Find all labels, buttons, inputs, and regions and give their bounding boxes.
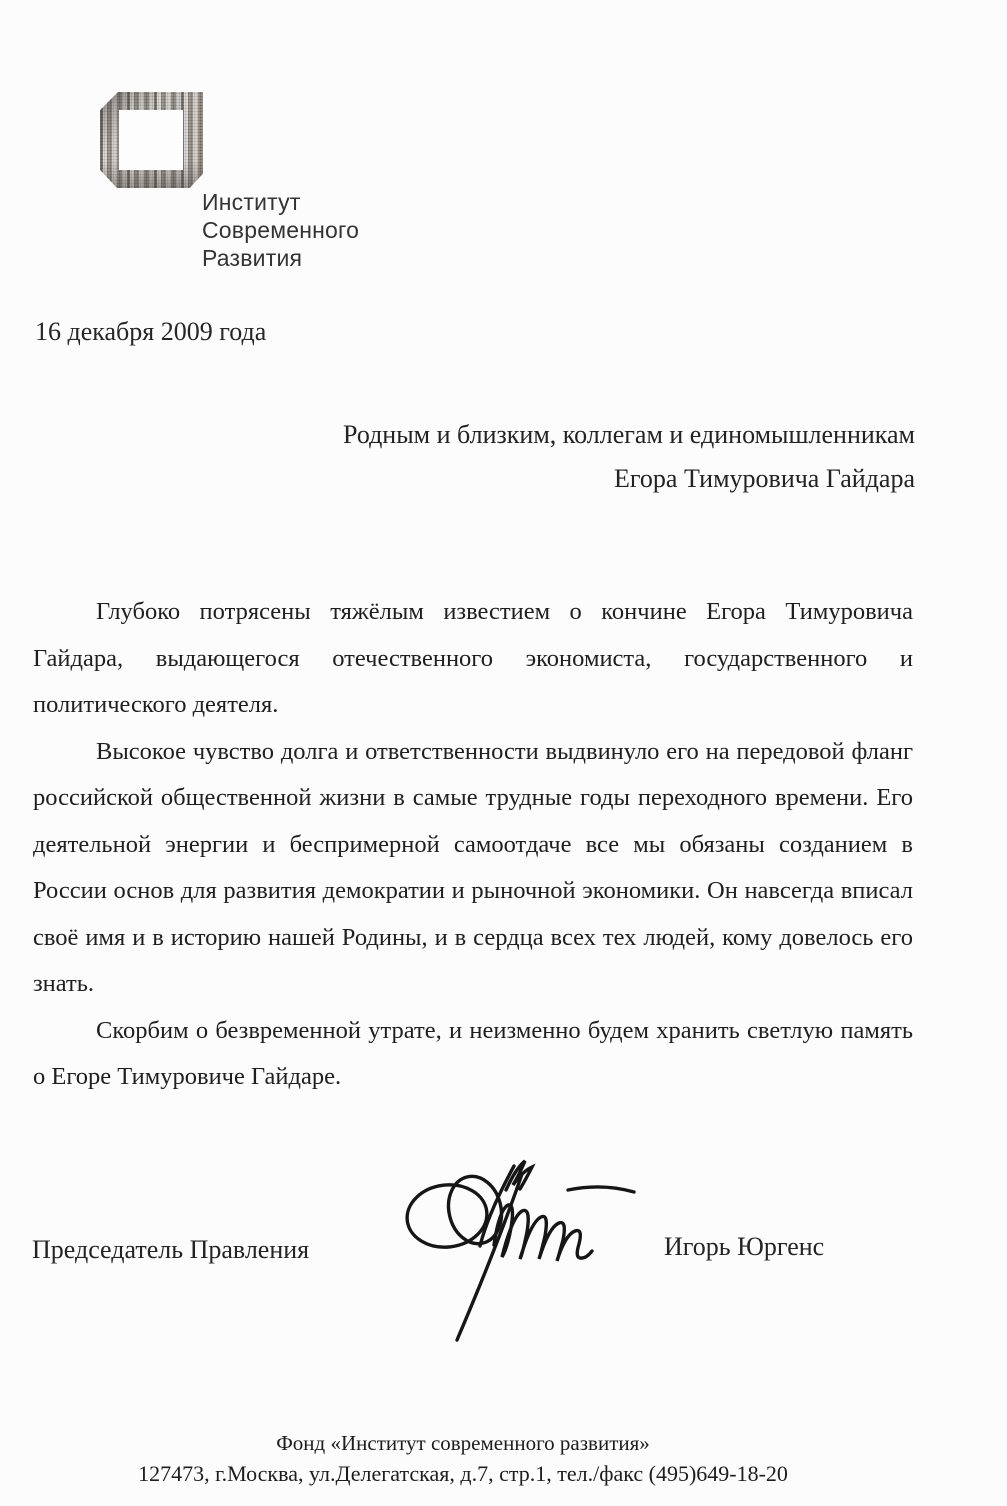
signer-position-title: Председатель Правления bbox=[32, 1235, 309, 1265]
addressee-block: Родным и близким, коллегам и единомышлен… bbox=[343, 413, 915, 501]
body-paragraph: Скорбим о безвременной утрате, и неизмен… bbox=[33, 1008, 913, 1101]
addressee-line-2: Егора Тимуровича Гайдара bbox=[343, 457, 915, 501]
body-paragraph: Высокое чувство долга и ответственности … bbox=[33, 729, 913, 1008]
organization-name-line: Институт bbox=[202, 188, 359, 216]
logo-inner-hole bbox=[119, 110, 183, 170]
institute-logo-icon bbox=[100, 92, 203, 188]
letter-body: Глубоко потрясены тяжёлым известием о ко… bbox=[33, 589, 913, 1101]
footer-fund-name: Фонд «Институт современного развития» bbox=[0, 1428, 926, 1458]
letter-page: Институт Современного Развития 16 декабр… bbox=[0, 0, 1007, 1506]
organization-name-line: Развития bbox=[202, 244, 359, 272]
organization-name: Институт Современного Развития bbox=[202, 188, 359, 272]
letter-footer: Фонд «Институт современного развития» 12… bbox=[0, 1428, 926, 1490]
signer-name: Игорь Юргенс bbox=[664, 1232, 824, 1262]
footer-address-phone: 127473, г.Москва, ул.Делегатская, д.7, с… bbox=[0, 1458, 926, 1490]
organization-name-line: Современного bbox=[202, 216, 359, 244]
letter-date: 16 декабря 2009 года bbox=[35, 317, 266, 347]
addressee-line-1: Родным и близким, коллегам и единомышлен… bbox=[343, 413, 915, 457]
body-paragraph: Глубоко потрясены тяжёлым известием о ко… bbox=[33, 589, 913, 729]
handwritten-signature-icon bbox=[402, 1148, 652, 1358]
